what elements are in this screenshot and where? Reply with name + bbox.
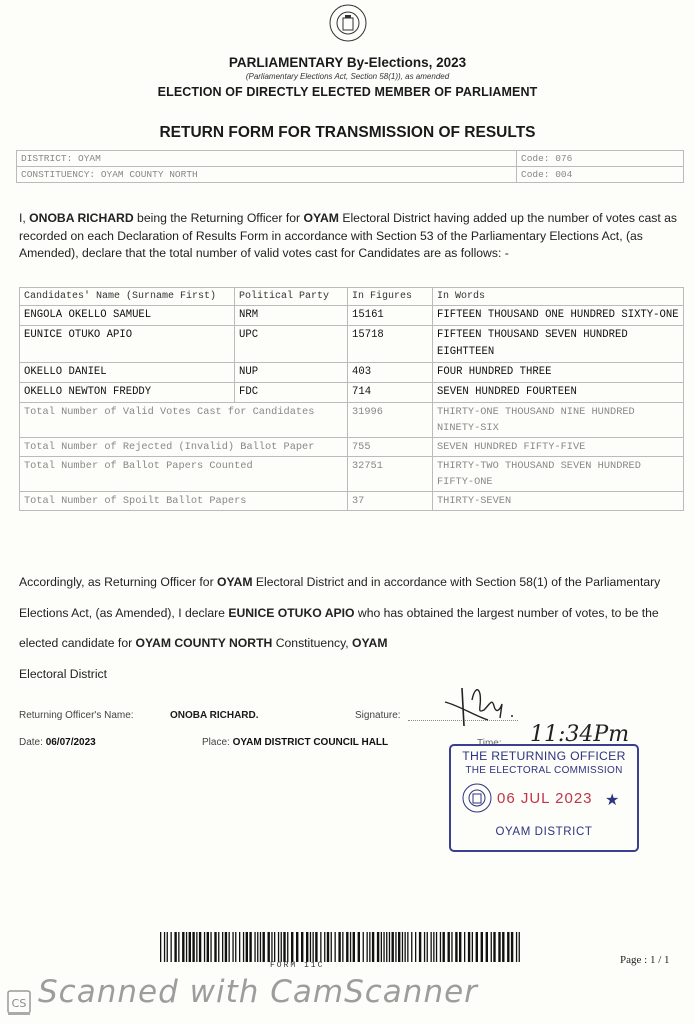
stamp-date: 06 JUL 2023 (497, 790, 593, 807)
constituency-code: Code: 004 (517, 167, 684, 183)
total-row: Total Number of Spoilt Ballot Papers 37 … (20, 492, 684, 511)
header-party: Political Party (235, 288, 348, 306)
candidate-party: UPC (235, 326, 348, 363)
form-title: RETURN FORM FOR TRANSMISSION OF RESULTS (0, 124, 695, 142)
date-value: 06/07/2023 (46, 737, 96, 748)
stamp-title: THE RETURNING OFFICER (451, 749, 637, 763)
candidate-figures: 15718 (348, 326, 433, 363)
candidate-words: FIFTEEN THOUSAND SEVEN HUNDRED EIGHTTEEN (433, 326, 684, 363)
intro-text: I, (19, 211, 29, 225)
candidate-figures: 403 (348, 363, 433, 383)
election-act-reference: (Parliamentary Elections Act, Section 58… (0, 72, 695, 81)
date-label: Date: (19, 737, 46, 748)
total-figures: 31996 (348, 403, 433, 438)
camscanner-logo-icon: CS (7, 990, 31, 1016)
declaration-text: Accordingly, as Returning Officer for (19, 575, 217, 589)
svg-text:CS: CS (12, 997, 27, 1010)
barcode-label: FORM 11C (270, 961, 324, 970)
constituency-row: CONSTITUENCY: OYAM COUNTY NORTH Code: 00… (17, 167, 684, 183)
intro-text: being the Returning Officer for (134, 211, 304, 225)
winner-name: EUNICE OTUKO APIO (228, 606, 354, 620)
total-label: Total Number of Ballot Papers Counted (20, 457, 348, 492)
star-icon: ★ (605, 790, 619, 810)
constituency-name: CONSTITUENCY: OYAM COUNTY NORTH (17, 167, 517, 183)
election-title: PARLIAMENTARY By-Elections, 2023 (0, 55, 695, 70)
total-label: Total Number of Rejected (Invalid) Ballo… (20, 438, 348, 457)
stamp-commission: THE ELECTORAL COMMISSION (451, 765, 637, 776)
place-label: Place: (202, 737, 233, 748)
district-name: DISTRICT: OYAM (17, 151, 517, 167)
candidate-words: FIFTEEN THOUSAND ONE HUNDRED SIXTY-ONE (433, 306, 684, 326)
date-field: Date: 06/07/2023 (19, 737, 96, 748)
candidate-row: OKELLO DANIEL NUP 403 FOUR HUNDRED THREE (20, 363, 684, 383)
candidate-name: OKELLO NEWTON FREDDY (20, 383, 235, 403)
total-label: Total Number of Valid Votes Cast for Can… (20, 403, 348, 438)
officer-name-label: Returning Officer's Name: (19, 710, 134, 721)
candidate-name: OKELLO DANIEL (20, 363, 235, 383)
returning-officer-stamp: THE RETURNING OFFICER THE ELECTORAL COMM… (449, 744, 639, 852)
total-figures: 755 (348, 438, 433, 457)
candidate-party: FDC (235, 383, 348, 403)
camscanner-watermark: Scanned with CamScanner (38, 974, 478, 1010)
place-field: Place: OYAM DISTRICT COUNCIL HALL (202, 737, 388, 748)
intro-paragraph: I, ONOBA RICHARD being the Returning Off… (19, 210, 684, 263)
officer-name-value: ONOBA RICHARD. (170, 710, 259, 721)
total-words: THIRTY-SEVEN (433, 492, 684, 511)
handwritten-signature-icon (440, 680, 540, 730)
signature-label: Signature: (355, 710, 401, 721)
results-table: Candidates' Name (Surname First) Politic… (19, 287, 684, 511)
candidate-words: SEVEN HUNDRED FOURTEEN (433, 383, 684, 403)
total-label: Total Number of Spoilt Ballot Papers (20, 492, 348, 511)
header-candidate-name: Candidates' Name (Surname First) (20, 288, 235, 306)
constituency-name: OYAM COUNTY NORTH (136, 636, 273, 650)
district-name: OYAM (352, 636, 387, 650)
stamp-district: OYAM DISTRICT (451, 826, 637, 838)
total-row: Total Number of Ballot Papers Counted 32… (20, 457, 684, 492)
total-words: THIRTY-ONE THOUSAND NINE HUNDRED NINETY-… (433, 403, 684, 438)
district-name: OYAM (304, 211, 339, 225)
page-number: Page : 1 / 1 (620, 954, 670, 966)
place-value: OYAM DISTRICT COUNCIL HALL (233, 737, 389, 748)
election-heading: ELECTION OF DIRECTLY ELECTED MEMBER OF P… (0, 85, 695, 99)
location-table: DISTRICT: OYAM Code: 076 CONSTITUENCY: O… (16, 150, 684, 183)
candidate-row: ENGOLA OKELLO SAMUEL NRM 15161 FIFTEEN T… (20, 306, 684, 326)
total-row: Total Number of Valid Votes Cast for Can… (20, 403, 684, 438)
candidate-words: FOUR HUNDRED THREE (433, 363, 684, 383)
total-row: Total Number of Rejected (Invalid) Ballo… (20, 438, 684, 457)
electoral-commission-seal-icon (328, 3, 368, 43)
barcode-icon (160, 932, 525, 962)
candidate-party: NRM (235, 306, 348, 326)
district-code: Code: 076 (517, 151, 684, 167)
candidate-row: EUNICE OTUKO APIO UPC 15718 FIFTEEN THOU… (20, 326, 684, 363)
candidate-party: NUP (235, 363, 348, 383)
candidate-figures: 15161 (348, 306, 433, 326)
declaration-paragraph: Accordingly, as Returning Officer for OY… (19, 567, 684, 689)
district-row: DISTRICT: OYAM Code: 076 (17, 151, 684, 167)
total-words: SEVEN HUNDRED FIFTY-FIVE (433, 438, 684, 457)
total-words: THIRTY-TWO THOUSAND SEVEN HUNDRED FIFTY-… (433, 457, 684, 492)
header-figures: In Figures (348, 288, 433, 306)
total-figures: 37 (348, 492, 433, 511)
district-name: OYAM (217, 575, 252, 589)
total-figures: 32751 (348, 457, 433, 492)
candidate-row: OKELLO NEWTON FREDDY FDC 714 SEVEN HUNDR… (20, 383, 684, 403)
declaration-text: Electoral District (19, 667, 107, 681)
declaration-text: Constituency, (272, 636, 352, 650)
stamp-seal-icon (461, 782, 493, 814)
candidate-name: EUNICE OTUKO APIO (20, 326, 235, 363)
candidate-figures: 714 (348, 383, 433, 403)
candidate-name: ENGOLA OKELLO SAMUEL (20, 306, 235, 326)
results-header-row: Candidates' Name (Surname First) Politic… (20, 288, 684, 306)
header-words: In Words (433, 288, 684, 306)
officer-name: ONOBA RICHARD (29, 211, 134, 225)
